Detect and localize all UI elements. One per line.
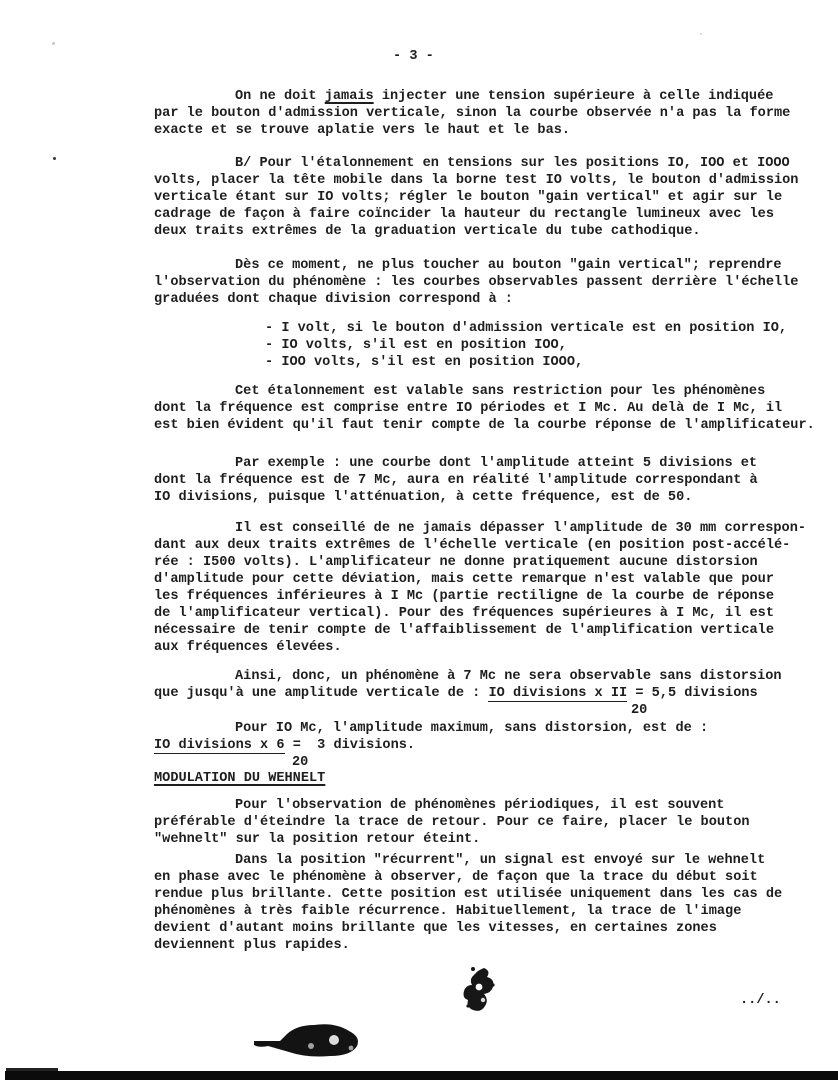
paragraph-text: On ne doit: [235, 89, 325, 104]
paragraph-retour-eteint: Pour l'observation de phénomènes périodi…: [154, 797, 832, 848]
heading-text: MODULATION DU WEHNELT: [154, 771, 325, 786]
fraction-numerator: IO divisions x II: [488, 686, 627, 702]
scan-speck: [53, 157, 56, 160]
formula-intro-line: Pour IO Mc, l'amplitude maximum, sans di…: [235, 721, 708, 736]
paragraph-injection-warning: On ne doit jamais injecter une tension s…: [154, 88, 832, 139]
fraction-numerator: IO divisions x 6: [154, 738, 285, 754]
ink-smudge-icon: [248, 1020, 384, 1062]
formula-block-7mc: Ainsi, donc, un phénomène à 7 Mc ne sera…: [154, 668, 832, 719]
paragraph-calibration-validity: Cet étalonnement est valable sans restri…: [154, 383, 832, 434]
underlined-word-jamais: jamais: [325, 89, 374, 104]
formula-block-10mc: Pour IO Mc, l'amplitude maximum, sans di…: [154, 720, 832, 771]
scan-speck: [700, 33, 702, 35]
formula-result: = 3 divisions.: [285, 738, 416, 753]
ink-smudge-icon: [456, 964, 502, 1016]
paragraph-gain-vertical: Dès ce moment, ne plus toucher au bouton…: [154, 257, 832, 308]
division-values-list: - I volt, si le bouton d'admission verti…: [265, 320, 825, 371]
paragraph-amplitude-advice: Il est conseillé de ne jamais dépasser l…: [154, 520, 832, 656]
scanned-document-page: - 3 - On ne doit jamais injecter une ten…: [0, 0, 838, 1080]
formula-line-prefix: que jusqu'à une amplitude verticale de :: [154, 686, 488, 701]
page-number: - 3 -: [393, 48, 434, 65]
section-heading-modulation-wehnelt: MODULATION DU WEHNELT: [154, 770, 832, 787]
scan-speck: [52, 42, 55, 45]
formula-intro-line: Ainsi, donc, un phénomène à 7 Mc ne sera…: [235, 669, 782, 684]
fraction-denominator: 20: [211, 754, 308, 771]
paragraph-position-recurrent: Dans la position "récurrent", un signal …: [154, 852, 832, 954]
paragraph-example-7mc: Par exemple : une courbe dont l'amplitud…: [154, 455, 832, 506]
formula-result: = 5,5 divisions: [627, 686, 758, 701]
scan-edge-bar: [5, 1071, 838, 1080]
paragraph-calibration-procedure: B/ Pour l'étalonnement en tensions sur l…: [154, 155, 832, 240]
continuation-mark: ../..: [740, 992, 781, 1009]
fraction-denominator: 20: [550, 702, 647, 719]
